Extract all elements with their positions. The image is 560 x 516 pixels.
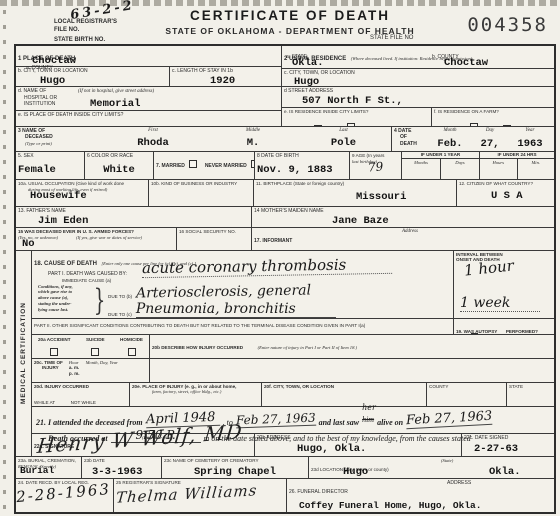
row-service-informant: 15 WAS DECEASED EVER IN U. S. ARMED FORC…	[16, 228, 554, 251]
burial-type-value: Burial	[20, 465, 54, 476]
date-of-death-cell: 4 DATE OF DEATH Month Feb. Day 27, Year …	[392, 127, 554, 152]
attended-to-value: Feb 27, 1963	[236, 410, 316, 428]
date-received-cell: 24. DATE RECD. BY LOCAL REG. 2-28-1963	[16, 479, 114, 512]
injury-blank-cell	[150, 359, 554, 382]
date-of-birth-value: Nov. 9, 1883	[257, 164, 347, 176]
residence-limits-cell: e. IS RESIDENCE INSIDE CITY LIMITS? YES …	[282, 108, 432, 126]
age-value: 79	[367, 160, 383, 175]
autopsy-cell: 19. WAS AUTOPSY PERFORMED? YES NO X	[454, 319, 554, 334]
row-occupation: 10a. USUAL OCCUPATION (Give kind of work…	[16, 180, 554, 207]
city-of-death-cell: b. CITY, TOWN OR LOCATION Hugo	[16, 67, 170, 86]
cemetery-cell: 23c NAME OF CEMETERY OR CREMATORY Spring…	[162, 457, 309, 478]
city-of-death-value: Hugo	[40, 75, 65, 86]
cause-of-death-cell: 18. CAUSE OF DEATH [Enter only one cause…	[32, 251, 454, 318]
death-city-limits-cell: e. IS PLACE OF DEATH INSIDE CITY LIMITS?…	[16, 111, 281, 126]
birthplace-cell: 11. BIRTHPLACE (State or foreign country…	[254, 180, 457, 206]
father-name-cell: 13. FATHER'S NAME Jim Eden	[16, 207, 252, 226]
armed-forces-value: No	[22, 238, 35, 250]
birthplace-value: Missouri	[356, 191, 406, 203]
county-value: Choctaw	[32, 55, 76, 67]
street-address-value: 507 North F St.,	[302, 95, 403, 107]
funeral-home-value: Coffey Funeral Home, Hugo, Okla.	[299, 500, 552, 511]
marital-status-cell: 7. MARRIED NEVER MARRIED WIDOWED X DIVOR…	[154, 152, 255, 179]
medical-certification-side-strip: MEDICAL CERTIFICATION	[16, 251, 32, 457]
death-certificate-scan: 63-2-2 LOCAL REGISTRAR'S FILE NO. CERTIF…	[0, 0, 560, 516]
mother-name-value: Jane Baze	[332, 215, 389, 226]
residence-farm-cell: f. IS RESIDENCE ON A FARM? YES NO X	[432, 108, 554, 126]
injury-occurred-cell: 20d. INJURY OCCURRED WHILE AT WORK	[32, 383, 130, 406]
form-grid: 1 PLACE OF DEATH a. COUNTY Choctaw b. CI…	[14, 44, 556, 514]
residence-limits-yes-checkbox: X	[314, 125, 322, 126]
binding-edge	[3, 10, 6, 514]
sex-value: Female	[18, 164, 82, 176]
residence-city-cell: c. CITY, TOWN, OR LOCATION Hugo	[282, 69, 554, 87]
place-of-injury-cell: 20e. PLACE OF INJURY (e. g., in or about…	[130, 383, 262, 406]
death-year-value: 1963	[508, 138, 552, 150]
occupation-cell: 10a. USUAL OCCUPATION (Give kind of work…	[16, 180, 149, 206]
armed-forces-cell: 15 WAS DECEASED EVER IN U. S. ARMED FORC…	[16, 228, 177, 250]
usual-residence-section: 2 USUAL RESIDENCE (Where deceased lived.…	[282, 46, 554, 126]
local-registrar-label: LOCAL REGISTRAR'S FILE NO.	[54, 19, 117, 35]
injury-state-cell: STATE	[507, 383, 554, 406]
cause-line-b: Arteriosclerosis, general	[136, 282, 311, 301]
last-name-value: Pole	[298, 137, 389, 149]
business-cell: 10b. KIND OF BUSINESS OR INDUSTRY	[149, 180, 254, 206]
funeral-director-cell: 26. FUNERAL DIRECTOR ADDRESS Coffey Fune…	[287, 479, 554, 512]
part-2-row: PART II. OTHER SIGNIFICANT CONDITIONS CO…	[32, 319, 554, 335]
last-seen-alive-value: Feb 27, 1963	[406, 408, 493, 428]
describe-injury-cell: 20b DESCRIBE HOW INJURY OCCURRED (Enter …	[150, 335, 554, 358]
part-2-cell: PART II. OTHER SIGNIFICANT CONDITIONS CO…	[32, 319, 454, 334]
death-month-value: Feb.	[428, 138, 472, 150]
replacement-word: her	[362, 403, 376, 412]
conditions-brace: }	[94, 283, 105, 318]
residence-county-value: Choctaw	[444, 57, 488, 69]
residence-limits-no-checkbox	[347, 123, 355, 126]
residence-state-value: Okla.	[292, 57, 324, 69]
signature-row: 22a. SIGNATURE (Degree or title) Henry W…	[32, 434, 554, 457]
medical-certification-label: MEDICAL CERTIFICATION	[20, 302, 27, 404]
father-name-value: Jim Eden	[38, 215, 88, 226]
injury-county-cell: COUNTY	[427, 383, 507, 406]
row-burial: 23a. BURIAL, CREMATION, REMOVAL (Specify…	[16, 457, 554, 479]
race-cell: 6 COLOR OR RACE White	[85, 152, 154, 179]
hospital-cell: d. NAME OF HOSPITAL OR INSTITUTION (If n…	[16, 87, 281, 111]
date-signed-value: 2-27-63	[474, 443, 552, 455]
interval-cell: INTERVAL BETWEEN ONSET AND DEATH 1 hour …	[454, 251, 554, 318]
name-of-deceased-cell: 3 NAME OF DECEASED (Type or print) First…	[16, 127, 392, 152]
injury-row-3: 20d. INJURY OCCURRED WHILE AT WORK	[32, 383, 554, 407]
citizen-value: U S A	[491, 190, 523, 202]
age-cell: 9 AGE (In years last birthday) 79	[350, 152, 402, 179]
street-address-cell: d STREET ADDRESS 507 North F St.,	[282, 87, 554, 108]
occupation-value: Housewife	[30, 190, 87, 202]
length-of-stay-value: 1920	[210, 75, 235, 86]
row-registrar: 24. DATE RECD. BY LOCAL REG. 2-28-1963 2…	[16, 479, 554, 512]
first-name-value: Rhoda	[98, 137, 208, 149]
place-of-death-section: 1 PLACE OF DEATH a. COUNTY Choctaw b. CI…	[16, 46, 282, 126]
burial-location-cell: 23d LOCATION (City, town, or county) (St…	[309, 457, 554, 478]
burial-city-value: Hugo	[343, 466, 368, 478]
row-place-residence: 1 PLACE OF DEATH a. COUNTY Choctaw b. CI…	[16, 46, 554, 127]
burial-date-cell: 23b DATE 3-3-1963	[82, 457, 162, 478]
married-checkbox	[189, 160, 197, 168]
interval-c-value: 1 week	[460, 295, 540, 312]
hospital-value: Memorial	[90, 98, 140, 110]
row-demographics: 5. SEX Female 6 COLOR OR RACE White 7. M…	[16, 152, 554, 180]
registrar-signature-cell: 25 REGISTRAR'S SIGNATURE Thelma Williams	[114, 479, 287, 512]
under-24-hrs-cell: IF UNDER 24 HRS Hours Min.	[480, 152, 554, 179]
state-file-number-stamp: 004358	[467, 14, 548, 36]
conditions-note: Conditions, if any, which gave rise to a…	[38, 284, 73, 314]
cause-line-a: acute coronary thrombosis	[142, 254, 392, 277]
autopsy-yes-checkbox	[471, 333, 478, 334]
accident-suicide-homicide-cell: 20a ACCIDENT SUICIDE HOMICIDE	[32, 335, 150, 358]
farm-yes-checkbox	[470, 123, 478, 126]
race-value: White	[87, 164, 151, 176]
burial-type-cell: 23a. BURIAL, CREMATION, REMOVAL (Specify…	[16, 457, 82, 478]
struck-word: him	[362, 415, 374, 424]
death-day-value: 27,	[472, 138, 508, 150]
date-of-birth-cell: 8 DATE OF BIRTH Nov. 9, 1883	[255, 152, 350, 179]
accident-checkbox	[50, 348, 58, 356]
certificate-header: 63-2-2 LOCAL REGISTRAR'S FILE NO. CERTIF…	[14, 6, 556, 44]
physician-signature-cell: 22a. SIGNATURE (Degree or title) Henry W…	[32, 434, 255, 457]
middle-name-value: M.	[208, 137, 298, 149]
cause-of-death-row: 18. CAUSE OF DEATH [Enter only one cause…	[32, 251, 554, 319]
mother-name-cell: 14 MOTHER'S MAIDEN NAME Jane Baze	[252, 207, 554, 226]
suicide-checkbox	[91, 348, 99, 356]
under-1-year-cell: IF UNDER 1 YEAR Months Days	[402, 152, 480, 179]
cause-line-c: Pneumonia, bronchitis	[136, 301, 336, 318]
row-parents: 13. FATHER'S NAME Jim Eden 14 MOTHER'S M…	[16, 207, 554, 227]
injury-city-cell: 20f. CITY, TOWN, OR LOCATION	[262, 383, 427, 406]
injury-row-1: 20a ACCIDENT SUICIDE HOMICIDE	[32, 335, 554, 359]
certificate-title: CERTIFICATE OF DEATH	[142, 8, 438, 23]
citizen-cell: 12. CITIZEN OF WHAT COUNTRY? U S A	[457, 180, 554, 206]
date-signed-cell: 22c. DATE SIGNED 2-27-63	[462, 434, 554, 457]
row-name-date: 3 NAME OF DECEASED (Type or print) First…	[16, 127, 554, 153]
ssn-cell: 16 SOCIAL SECURITY NO.	[177, 228, 252, 250]
injury-row-2: 20c. TIME OF INJURY Hour a. m. p. m. Mon…	[32, 359, 554, 383]
length-of-stay-cell: c. LENGTH OF STAY IN 1b 1920	[170, 67, 281, 86]
physician-address-cell: 22b ADDRESS Hugo, Okla.	[255, 434, 462, 457]
time-of-injury-cell: 20c. TIME OF INJURY Hour a. m. p. m. Mon…	[32, 359, 150, 382]
farm-no-checkbox: X	[503, 125, 511, 126]
sex-cell: 5. SEX Female	[16, 152, 85, 179]
burial-state-value: Okla.	[489, 466, 521, 478]
cemetery-value: Spring Chapel	[194, 466, 306, 478]
medical-certification-band: MEDICAL CERTIFICATION 18. CAUSE OF DEATH…	[16, 251, 554, 458]
informant-cell: 17. INFORMANT Address Elmer Henson, 141 …	[252, 228, 554, 250]
physician-address-value: Hugo, Okla.	[297, 443, 459, 455]
state-file-no-label: STATE FILE NO	[370, 35, 413, 43]
title-block: CERTIFICATE OF DEATH STATE OF OKLAHOMA -…	[142, 8, 438, 36]
homicide-checkbox	[128, 348, 136, 356]
burial-date-value: 3-3-1963	[92, 466, 159, 478]
